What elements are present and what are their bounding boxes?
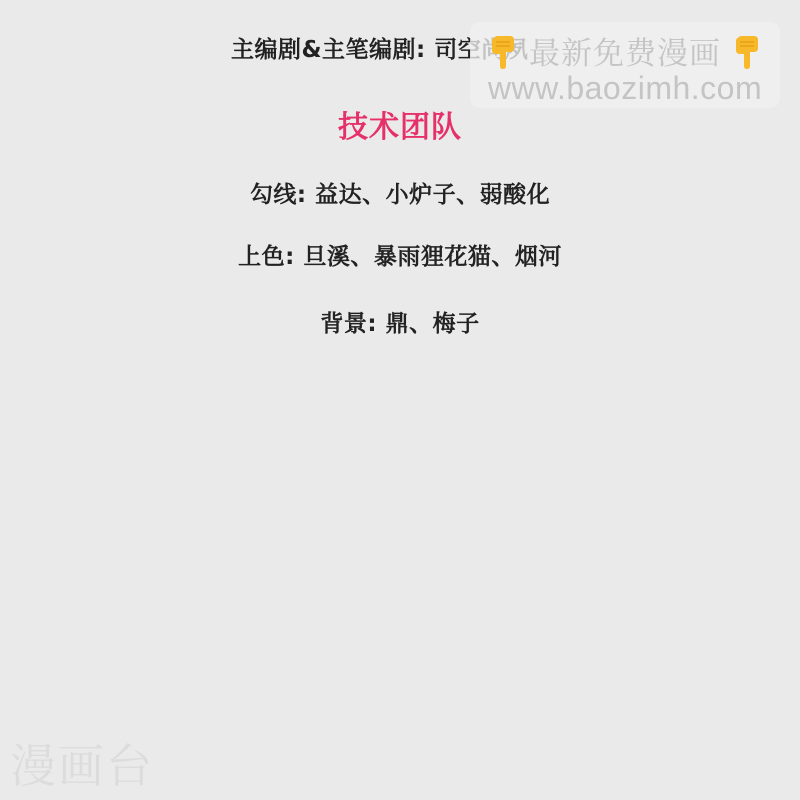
coloring-label: 上色: <box>238 244 295 270</box>
coloring-names: 旦溪、暴雨狸花猫、烟河 <box>303 244 562 270</box>
lineart-label: 勾线: <box>250 182 307 208</box>
lineart-names: 益达、小炉子、弱酸化 <box>315 182 550 208</box>
background-names: 鼎、梅子 <box>386 311 480 337</box>
writer-label: 主编剧&主笔编剧: <box>231 37 426 63</box>
section-title-tech-team: 技术团队 <box>0 102 800 146</box>
watermark-url[interactable]: www.baozimh.com <box>470 70 780 107</box>
corner-logo-watermark: 漫画台 <box>10 730 154 796</box>
background-label: 背景: <box>320 311 377 337</box>
pointing-down-hand-icon <box>732 34 762 70</box>
coloring-credit: 上色: 旦溪、暴雨狸花猫、烟河 <box>0 238 800 271</box>
pointing-down-hand-icon <box>488 34 518 70</box>
watermark-headline: 最新免费漫画 <box>470 28 780 73</box>
background-credit: 背景: 鼎、梅子 <box>0 305 800 338</box>
lineart-credit: 勾线: 益达、小炉子、弱酸化 <box>0 176 800 209</box>
watermark-line1: 最新免费漫画 <box>529 36 721 72</box>
watermark-banner[interactable]: 最新免费漫画 www.baozimh.com <box>470 22 780 108</box>
